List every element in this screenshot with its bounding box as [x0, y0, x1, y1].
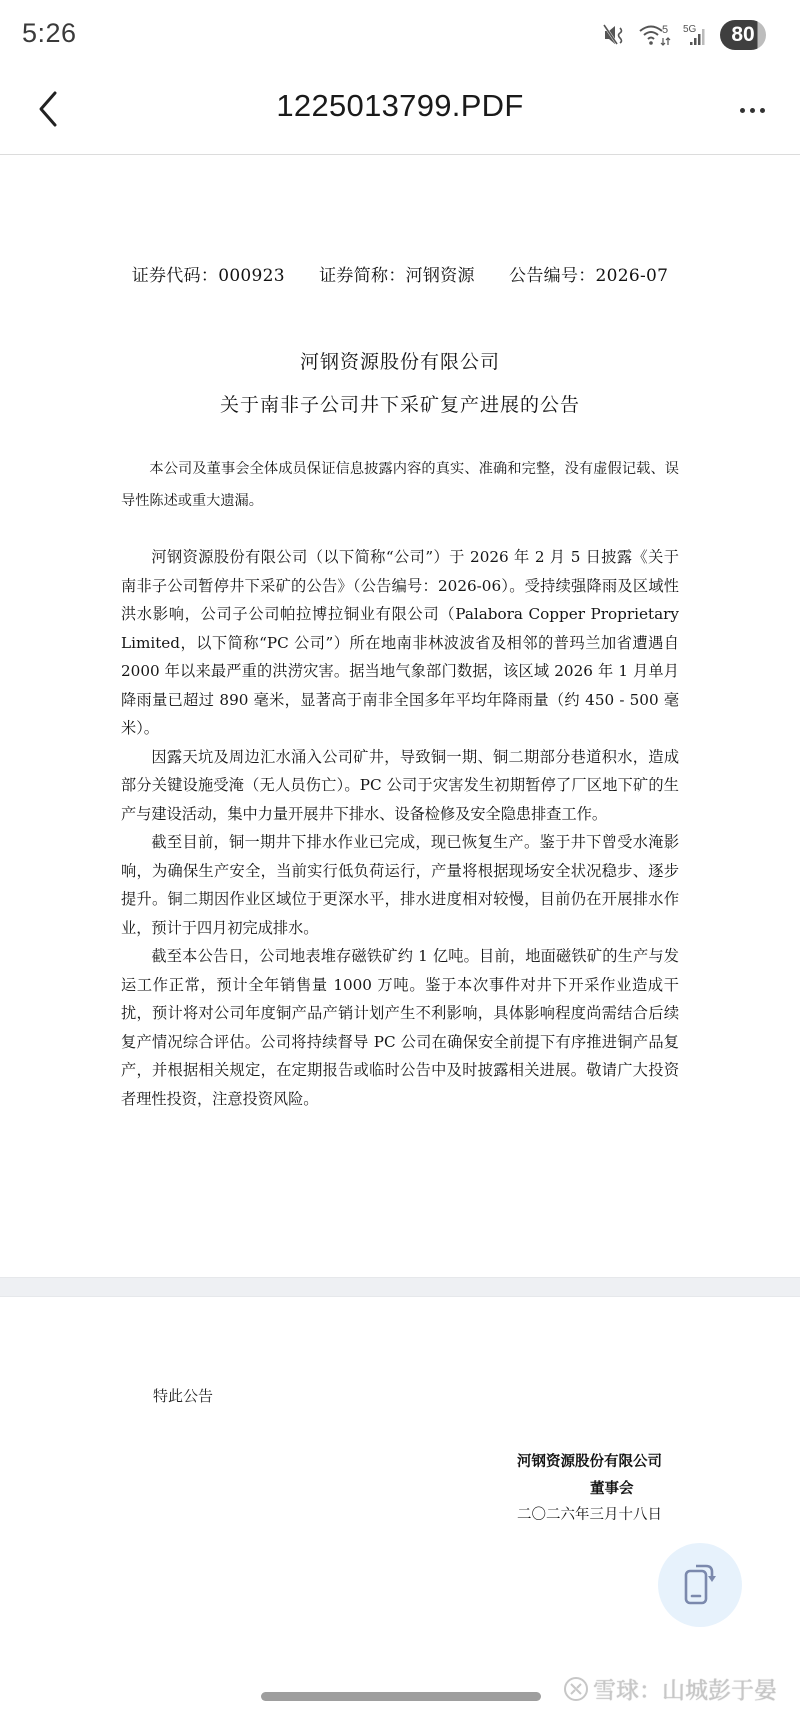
signature-board: 董事会 [590, 1477, 634, 1498]
watermark: 雪球：山城彭于晏 [563, 1672, 777, 1705]
closing-statement: 特此公告 [153, 1385, 213, 1406]
disclaimer-paragraph: 本公司及董事会全体成员保证信息披露内容的真实、准确和完整，没有虚假记载、误导性陈… [121, 453, 679, 517]
status-bar: 5:26 5 5G [0, 0, 800, 70]
file-title: 1225013799.PDF [0, 88, 800, 124]
signature-company: 河钢资源股份有限公司 [517, 1450, 662, 1471]
securities-info-line: 证券代码：000923 证券简称：河钢资源 公告编号：2026-07 [0, 261, 800, 286]
body-paragraph: 截至本公告日，公司地表堆存磁铁矿约 1 亿吨。目前，地面磁铁矿的生产与发运工作正… [121, 942, 679, 1113]
signature-date: 二〇二六年三月十八日 [517, 1503, 662, 1524]
more-dot [760, 108, 765, 113]
battery-icon: 80 [720, 20, 766, 50]
watermark-text: 雪球：山城彭于晏 [593, 1672, 777, 1705]
gesture-navigation-bar[interactable] [261, 1692, 541, 1701]
more-options-button[interactable] [730, 92, 774, 128]
mute-icon [602, 22, 628, 48]
body-paragraph: 截至目前，铜一期井下排水作业已完成，现已恢复生产。鉴于井下曾受水淹影响，为确保生… [121, 828, 679, 942]
rotate-screen-icon [680, 1563, 720, 1607]
announcement-title: 关于南非子公司井下采矿复产进展的公告 [0, 390, 800, 417]
status-icons: 5 5G 80 [602, 20, 766, 50]
svg-text:5G: 5G [683, 24, 697, 35]
body-paragraph: 河钢资源股份有限公司（以下简称“公司”）于 2026 年 2 月 5 日披露《关… [121, 543, 679, 743]
announcement-body: 河钢资源股份有限公司（以下简称“公司”）于 2026 年 2 月 5 日披露《关… [121, 543, 679, 1113]
app-header: 1225013799.PDF [0, 70, 800, 155]
xueqiu-logo-icon [563, 1676, 589, 1702]
more-horizontal-icon [740, 108, 745, 113]
company-name-heading: 河钢资源股份有限公司 [0, 347, 800, 374]
signal-5g-icon: 5G [682, 22, 710, 48]
svg-text:5: 5 [662, 24, 668, 36]
status-time: 5:26 [22, 18, 77, 49]
page-separator [0, 1277, 800, 1297]
body-paragraph: 因露天坑及周边汇水涌入公司矿井，导致铜一期、铜二期部分巷道积水，造成部分关键设施… [121, 743, 679, 829]
disclaimer-text: 本公司及董事会全体成员保证信息披露内容的真实、准确和完整，没有虚假记载、误导性陈… [121, 453, 679, 517]
more-dot [750, 108, 755, 113]
wifi-icon: 5 [638, 22, 672, 48]
rotate-screen-button[interactable] [658, 1543, 742, 1627]
